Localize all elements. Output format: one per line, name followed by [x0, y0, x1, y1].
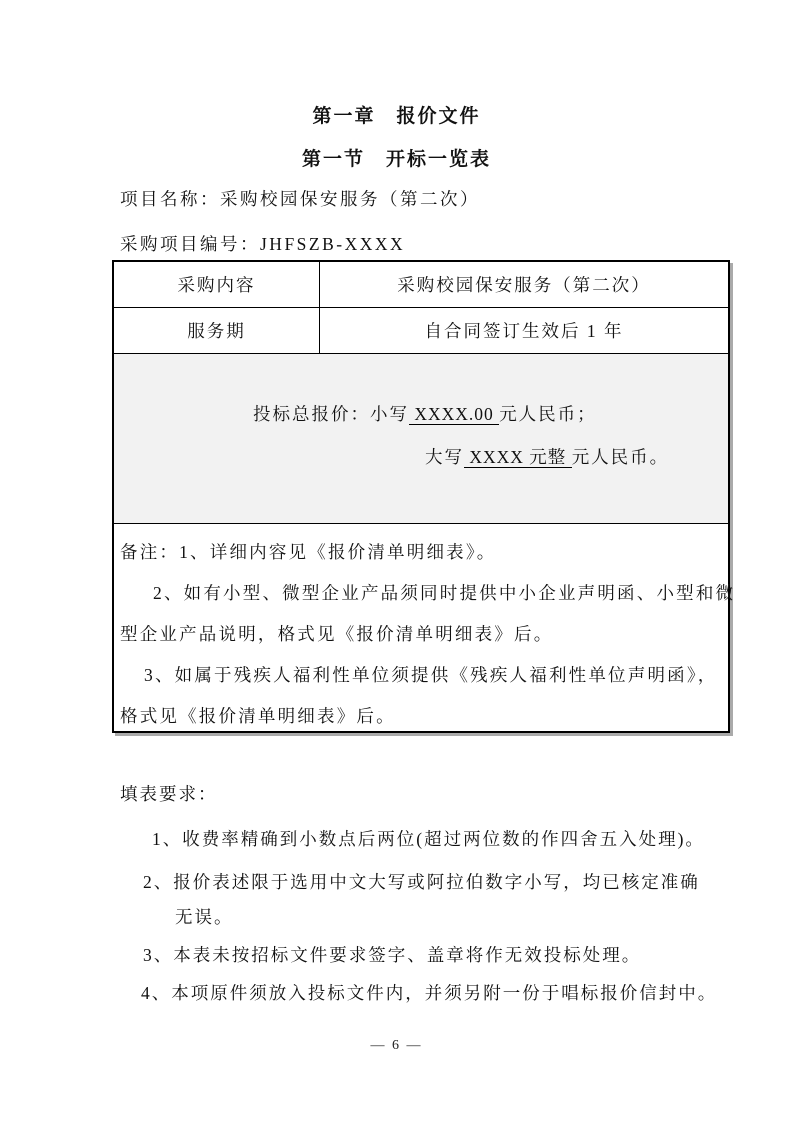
- price-lowercase-prefix: 投标总报价：小写: [253, 404, 409, 424]
- remarks-line: 格式见《报价清单明细表》后。: [120, 696, 722, 737]
- table-row-service-period: 服务期 自合同签订生效后 1 年: [114, 308, 728, 354]
- row-value-procurement-content: 采购校园保安服务（第二次）: [320, 262, 728, 307]
- price-lowercase-line: 投标总报价：小写 XXXX.00 元人民币；: [253, 401, 597, 426]
- row-label-procurement-content: 采购内容: [114, 262, 320, 307]
- project-number-line: 采购项目编号：JHFSZB-XXXX: [120, 231, 405, 256]
- price-uppercase-prefix: 大写: [425, 447, 464, 467]
- requirement-item: 3、本表未按招标文件要求签字、盖章将作无效投标处理。: [143, 944, 641, 966]
- remarks-line: 3、如属于残疾人福利性单位须提供《残疾人福利性单位声明函》，: [120, 655, 722, 696]
- requirement-item-continuation: 无误。: [175, 906, 234, 928]
- requirement-item: 2、报价表述限于选用中文大写或阿拉伯数字小写，均已核定准确: [143, 871, 700, 893]
- project-name-line: 项目名称：采购校园保安服务（第二次）: [120, 186, 480, 211]
- table-row-procurement-content: 采购内容 采购校园保安服务（第二次）: [114, 262, 728, 308]
- remarks-cell: 备注：1、详细内容见《报价清单明细表》。 2、如有小型、微型企业产品须同时提供中…: [114, 524, 728, 731]
- row-value-service-period: 自合同签订生效后 1 年: [320, 308, 728, 353]
- bid-opening-table: 采购内容 采购校园保安服务（第二次） 服务期 自合同签订生效后 1 年 投标总报…: [112, 260, 730, 733]
- document-page: 第一章 报价文件 第一节 开标一览表 项目名称：采购校园保安服务（第二次） 采购…: [0, 0, 793, 1122]
- remarks-line: 2、如有小型、微型企业产品须同时提供中小企业声明函、小型和微: [120, 573, 722, 614]
- remarks-line: 备注：1、详细内容见《报价清单明细表》。: [120, 532, 722, 573]
- requirement-item: 1、收费率精确到小数点后两位(超过两位数的作四舍五入处理)。: [152, 828, 705, 850]
- requirements-heading: 填表要求：: [120, 783, 218, 805]
- chapter-title: 第一章 报价文件: [0, 101, 793, 128]
- price-uppercase-value: XXXX 元整: [464, 447, 572, 468]
- section-title: 第一节 开标一览表: [0, 144, 793, 171]
- total-bid-price-cell: 投标总报价：小写 XXXX.00 元人民币； 大写 XXXX 元整 元人民币。: [114, 354, 728, 524]
- price-uppercase-suffix: 元人民币。: [572, 447, 670, 467]
- requirement-item: 4、本项原件须放入投标文件内，并须另附一份于唱标报价信封中。: [141, 982, 717, 1004]
- page-number: — 6 —: [0, 1038, 793, 1054]
- price-uppercase-line: 大写 XXXX 元整 元人民币。: [425, 444, 669, 469]
- remarks-line: 型企业产品说明，格式见《报价清单明细表》后。: [120, 614, 722, 655]
- row-label-service-period: 服务期: [114, 308, 320, 353]
- price-lowercase-suffix: 元人民币；: [499, 404, 597, 424]
- price-lowercase-value: XXXX.00: [409, 404, 499, 425]
